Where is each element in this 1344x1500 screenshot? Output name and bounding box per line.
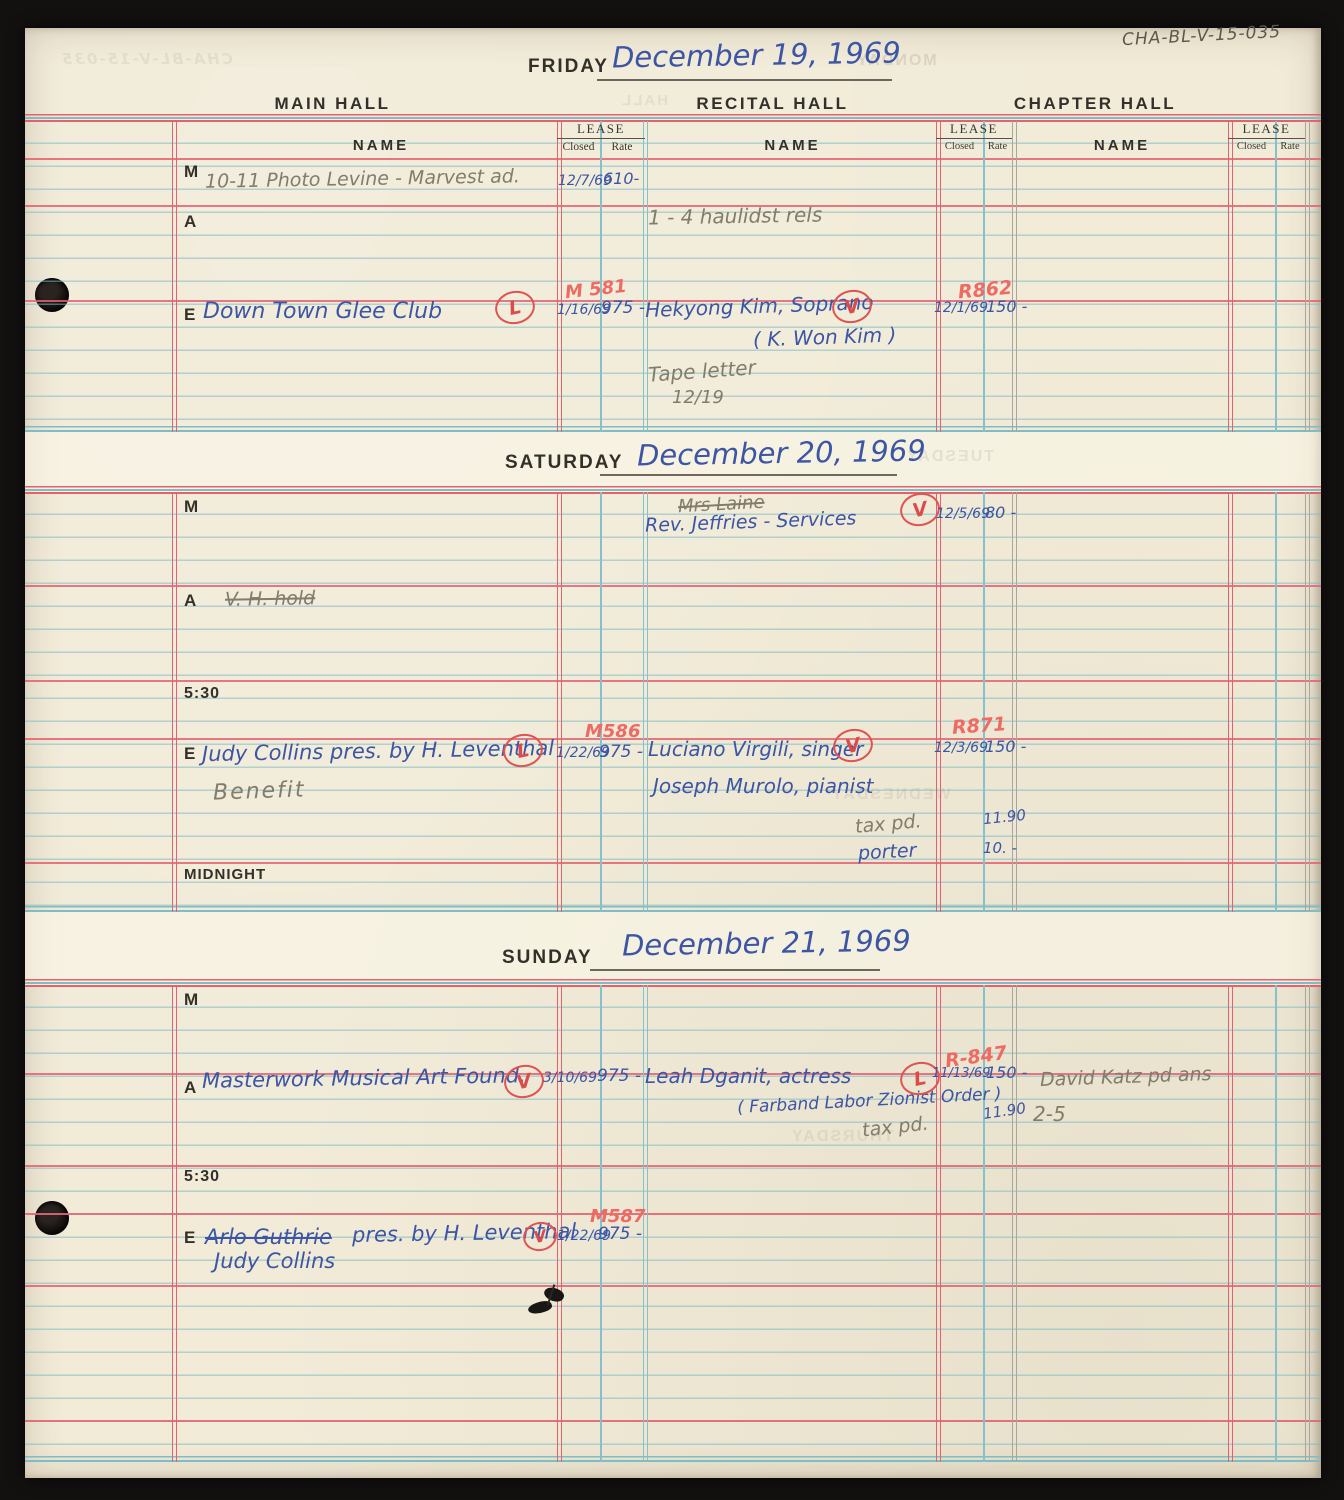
entry-sunday-recital-afternoon-closed: 11/13/69: [932, 1066, 990, 1081]
saturday-row-m: M: [184, 497, 199, 517]
vline-time-col: [172, 492, 177, 912]
sunday-row-e: E: [184, 1228, 196, 1248]
vline-chapter-divider: [1275, 492, 1277, 912]
chapter-name-header: NAME: [1016, 137, 1228, 154]
recital-rate-header: Rate: [983, 141, 1012, 152]
rule-top-friday: [25, 114, 1321, 122]
slot-line: [25, 1285, 1321, 1287]
saturday-date: December 20, 1969: [637, 433, 926, 472]
entry-friday-main-morning-rate: 610-: [603, 169, 639, 188]
rule-bottom-friday: [25, 426, 1321, 432]
vline-chapter-lease: [1228, 121, 1233, 432]
recital-name-header: NAME: [649, 137, 936, 154]
note-saturday-fee2-amount: 10. -: [983, 839, 1017, 857]
entry-sunday-main-evening-line2: Judy Collins: [214, 1249, 335, 1273]
saturday-row-530: 5:30: [184, 685, 220, 703]
entry-saturday-main-evening-code: M586: [585, 721, 641, 742]
entry-saturday-recital-evening-rate: 150 -: [985, 737, 1026, 756]
friday-date: December 19, 1969: [612, 35, 901, 74]
main-name-header: NAME: [205, 137, 557, 154]
chapter-rate-header: Rate: [1275, 141, 1305, 152]
sunday-grid: [25, 985, 1321, 1462]
friday-row-m: M: [184, 162, 199, 182]
slot-line: [25, 585, 1321, 587]
vline-main-divider: [600, 121, 602, 432]
entry-sunday-chapter-afternoon-line2: 2-5: [1033, 1102, 1066, 1126]
rule-bottom-saturday: [25, 906, 1321, 912]
slot-line: [25, 1420, 1321, 1422]
vline-chapter-end: [1305, 492, 1310, 912]
recital-lease-rule: [936, 138, 1012, 139]
entry-friday-main-evening: Down Town Glee Club: [203, 299, 442, 324]
entry-sunday-recital-afternoon-rate: 150 -: [986, 1063, 1027, 1082]
friday-row-e: E: [184, 305, 196, 325]
vline-recital-lease: [936, 121, 941, 432]
slot-line: [25, 1213, 1321, 1215]
recital-hall-title: RECITAL HALL: [630, 94, 915, 114]
sunday-date-underline: [590, 969, 880, 971]
entry-sunday-main-evening-struck: Arlo Guthrie: [205, 1225, 332, 1249]
entry-saturday-recital-morning-closed: 12/5/69: [936, 506, 990, 522]
chapter-lease-rule: [1228, 138, 1305, 139]
vline-main-end: [643, 121, 648, 432]
main-hall-title: MAIN HALL: [150, 94, 515, 114]
recital-lease-header: LEASE: [936, 121, 1012, 137]
entry-friday-recital-evening-closed: 12/1/69: [934, 300, 988, 316]
sunday-row-m: M: [184, 990, 199, 1010]
saturday-label: SATURDAY: [505, 452, 623, 474]
friday-label: FRIDAY: [528, 56, 609, 78]
vline-chapter-end: [1305, 985, 1310, 1462]
vline-main-end: [643, 492, 648, 912]
main-closed-header: Closed: [557, 141, 600, 153]
sunday-row-a: A: [184, 1078, 197, 1098]
saturday-row-e: E: [184, 744, 196, 764]
vline-main-divider: [600, 492, 602, 912]
main-lease-rule: [557, 138, 645, 139]
entry-saturday-recital-evening-line1: Luciano Virgili, singer: [648, 737, 863, 761]
entry-saturday-main-evening-rate: 975 -: [599, 742, 643, 762]
vline-main-lease: [557, 492, 562, 912]
vline-recital-lease: [936, 985, 941, 1462]
note-friday-tape-letter-date: 12/19: [672, 387, 724, 408]
vline-recital-lease: [936, 492, 941, 912]
entry-friday-recital-evening-rate: 150 -: [986, 297, 1027, 316]
entry-friday-recital-evening-line2: ( K. Won Kim ): [753, 323, 897, 352]
rule-bottom-sunday: [25, 1456, 1321, 1462]
friday-grid: [25, 121, 1321, 432]
sunday-row-530: 5:30: [184, 1168, 220, 1186]
entry-sunday-recital-afternoon-line1: Leah Dganit, actress: [645, 1064, 851, 1088]
entry-saturday-recital-evening-closed: 12/3/69: [934, 740, 988, 756]
rule-top-sunday: [25, 979, 1321, 987]
vline-recital-end: [1012, 121, 1017, 432]
vline-time-col: [172, 121, 177, 432]
saturday-date-underline: [600, 474, 897, 476]
sunday-label: SUNDAY: [502, 947, 593, 969]
chapter-hall-title: CHAPTER HALL: [985, 94, 1205, 114]
vline-chapter-divider: [1275, 985, 1277, 1462]
main-rate-header: Rate: [601, 141, 643, 153]
entry-sunday-main-afternoon-closed: 3/10/69: [543, 1070, 597, 1086]
chapter-closed-header: Closed: [1228, 141, 1275, 152]
slot-line: [25, 158, 1321, 160]
sunday-date: December 21, 1969: [622, 923, 911, 962]
vline-chapter-lease: [1228, 492, 1233, 912]
vline-time-col: [172, 985, 177, 1462]
entry-saturday-recital-evening-code: R871: [951, 713, 1007, 739]
entry-friday-main-evening-rate: 975 -: [601, 298, 645, 318]
friday-row-a: A: [184, 212, 197, 232]
vline-chapter-lease: [1228, 985, 1233, 1462]
slot-line: [25, 862, 1321, 864]
note-saturday-fee2-label: porter: [857, 839, 917, 864]
entry-sunday-main-evening-rate: 975 -: [598, 1224, 642, 1244]
vline-recital-divider: [983, 121, 985, 432]
vline-chapter-divider: [1275, 121, 1277, 432]
entry-saturday-main-afternoon-struck: V. H. hold: [225, 587, 316, 611]
slot-line: [25, 1165, 1321, 1167]
saturday-row-midnight: MIDNIGHT: [184, 866, 266, 883]
bleedthrough-archive-code: CHA-BL-V-15-035: [60, 50, 233, 68]
vline-main-lease: [557, 121, 562, 432]
friday-date-underline: [597, 79, 892, 81]
main-lease-header: LEASE: [557, 121, 645, 137]
entry-sunday-main-afternoon-rate: 975 -: [597, 1066, 641, 1086]
vline-recital-end: [1012, 985, 1017, 1462]
saturday-row-a: A: [184, 591, 197, 611]
vline-chapter-end: [1305, 121, 1310, 432]
entry-saturday-recital-evening-line2: Joseph Murolo, pianist: [653, 774, 874, 798]
entry-friday-recital-afternoon: 1 - 4 haulidst rels: [648, 202, 823, 229]
recital-closed-header: Closed: [936, 141, 983, 152]
entry-saturday-recital-morning-rate: 80 -: [985, 503, 1016, 522]
rule-top-saturday: [25, 486, 1321, 494]
note-saturday-benefit: Benefit: [213, 777, 306, 805]
slot-line: [25, 680, 1321, 682]
chapter-lease-header: LEASE: [1228, 121, 1305, 137]
